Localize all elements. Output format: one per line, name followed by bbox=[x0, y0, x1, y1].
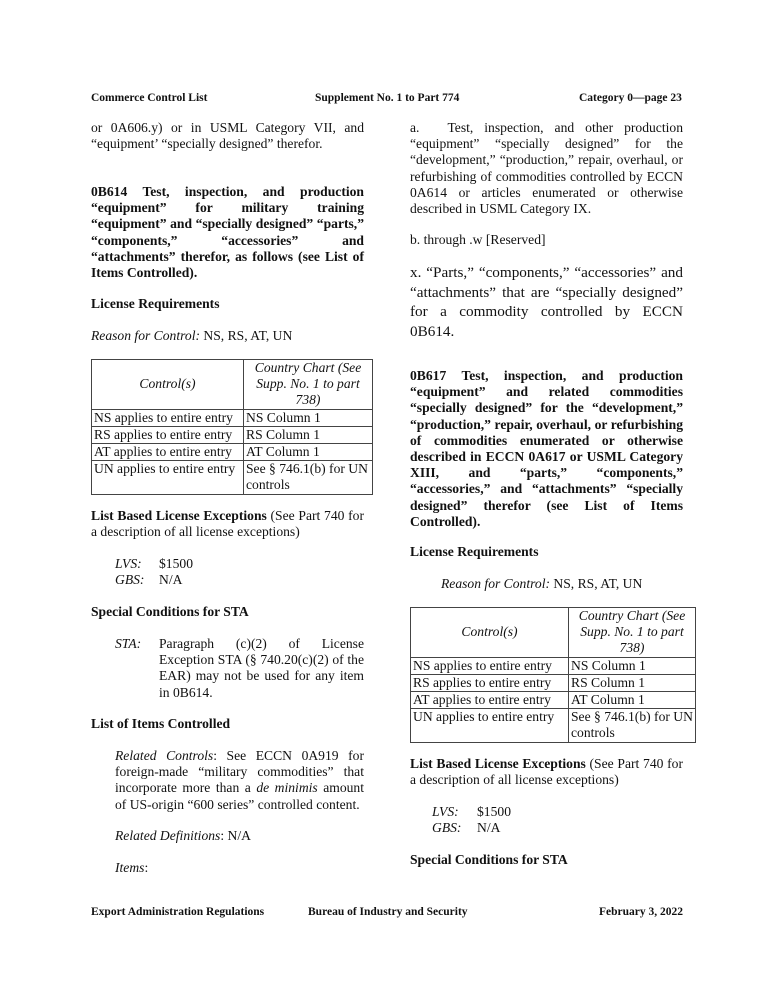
sta-heading: Special Conditions for STA bbox=[91, 604, 249, 620]
table-cell: AT applies to entire entry bbox=[411, 692, 569, 709]
footer-date: February 3, 2022 bbox=[599, 906, 683, 918]
license-exceptions-heading: List Based License Exceptions bbox=[91, 508, 267, 523]
item-a-text: Test, inspection, and other production “… bbox=[410, 120, 683, 216]
item-a-label: a. bbox=[410, 120, 419, 135]
related-definitions-label: Related Definitions bbox=[115, 828, 220, 843]
exception-value: $1500 bbox=[477, 804, 511, 819]
related-controls-label: Related Controls bbox=[115, 748, 213, 763]
table-cell: UN applies to entire entry bbox=[92, 461, 244, 494]
table-row: NS applies to entire entry NS Column 1 bbox=[92, 409, 373, 426]
table-cell: RS applies to entire entry bbox=[92, 426, 244, 443]
reason-for-control: Reason for Control: NS, RS, AT, UN bbox=[441, 576, 642, 592]
license-exceptions-paragraph: List Based License Exceptions (See Part … bbox=[410, 756, 683, 788]
related-definitions: Related Definitions: N/A bbox=[115, 828, 251, 844]
table-cell: NS Column 1 bbox=[244, 409, 373, 426]
reason-label: Reason for Control: bbox=[441, 576, 550, 591]
table-header-controls: Control(s) bbox=[92, 360, 244, 410]
exception-gbs: GBS:N/A bbox=[432, 820, 500, 836]
table-row: RS applies to entire entry RS Column 1 bbox=[92, 426, 373, 443]
table-cell: See § 746.1(b) for UN controls bbox=[569, 709, 696, 742]
exception-value: N/A bbox=[159, 572, 182, 587]
table-cell: AT Column 1 bbox=[569, 692, 696, 709]
exception-lvs: LVS:$1500 bbox=[432, 804, 511, 820]
table-cell: NS Column 1 bbox=[569, 657, 696, 674]
related-definitions-value: : N/A bbox=[220, 828, 251, 843]
license-exceptions-heading: List Based License Exceptions bbox=[410, 756, 586, 771]
footer-center: Bureau of Industry and Security bbox=[308, 906, 468, 918]
license-requirements-heading: License Requirements bbox=[91, 296, 220, 312]
license-requirements-heading: License Requirements bbox=[410, 544, 539, 560]
table-cell: NS applies to entire entry bbox=[411, 657, 569, 674]
exception-value: N/A bbox=[477, 820, 500, 835]
exception-value: $1500 bbox=[159, 556, 193, 571]
items-label-text: Items bbox=[115, 860, 144, 875]
de-minimis-emphasis: de minimis bbox=[256, 780, 317, 795]
header-left: Commerce Control List bbox=[91, 92, 207, 104]
exception-gbs: GBS:N/A bbox=[115, 572, 182, 588]
exception-key: LVS: bbox=[432, 804, 477, 820]
table-row: UN applies to entire entry See § 746.1(b… bbox=[92, 461, 373, 494]
exception-key: LVS: bbox=[115, 556, 159, 572]
related-controls: Related Controls: See ECCN 0A919 for for… bbox=[115, 748, 364, 813]
table-cell: RS Column 1 bbox=[244, 426, 373, 443]
reason-for-control: Reason for Control: NS, RS, AT, UN bbox=[91, 328, 292, 344]
table-header-country-chart: Country Chart (See Supp. No. 1 to part 7… bbox=[569, 608, 696, 658]
item-b-reserved: b. through .w [Reserved] bbox=[410, 232, 546, 248]
sta-text: Paragraph (c)(2) of License Exception ST… bbox=[159, 636, 364, 701]
table-row: NS applies to entire entry NS Column 1 bbox=[411, 657, 696, 674]
table-row: AT applies to entire entry AT Column 1 bbox=[92, 444, 373, 461]
entry-title-0b614: 0B614 Test, inspection, and production “… bbox=[91, 184, 364, 281]
control-table-0b617: Control(s) Country Chart (See Supp. No. … bbox=[410, 607, 696, 743]
items-colon: : bbox=[144, 860, 148, 875]
continuation-text: or 0A606.y) or in USML Category VII, and… bbox=[91, 120, 364, 152]
header-center: Supplement No. 1 to Part 774 bbox=[315, 92, 459, 104]
table-header-country-chart: Country Chart (See Supp. No. 1 to part 7… bbox=[244, 360, 373, 410]
reason-value: NS, RS, AT, UN bbox=[550, 576, 642, 591]
items-label: Items: bbox=[115, 860, 148, 876]
exception-key: GBS: bbox=[115, 572, 159, 588]
table-row: UN applies to entire entry See § 746.1(b… bbox=[411, 709, 696, 742]
table-header-controls: Control(s) bbox=[411, 608, 569, 658]
table-cell: UN applies to entire entry bbox=[411, 709, 569, 742]
entry-title-0b617: 0B617 Test, inspection, and production “… bbox=[410, 368, 683, 530]
sta-heading: Special Conditions for STA bbox=[410, 852, 568, 868]
footer-left: Export Administration Regulations bbox=[91, 906, 264, 918]
control-table-0b614: Control(s) Country Chart (See Supp. No. … bbox=[91, 359, 373, 495]
table-cell: See § 746.1(b) for UN controls bbox=[244, 461, 373, 494]
license-exceptions-paragraph: List Based License Exceptions (See Part … bbox=[91, 508, 364, 540]
reason-label: Reason for Control: bbox=[91, 328, 200, 343]
table-row: RS applies to entire entry RS Column 1 bbox=[411, 674, 696, 691]
reason-value: NS, RS, AT, UN bbox=[200, 328, 292, 343]
table-cell: AT Column 1 bbox=[244, 444, 373, 461]
item-a: a.Test, inspection, and other production… bbox=[410, 120, 683, 217]
header-page-number: Category 0—page 23 bbox=[579, 92, 682, 104]
table-cell: RS applies to entire entry bbox=[411, 674, 569, 691]
table-cell: NS applies to entire entry bbox=[92, 409, 244, 426]
table-row: AT applies to entire entry AT Column 1 bbox=[411, 692, 696, 709]
sta-key: STA: bbox=[115, 636, 141, 652]
list-of-items-controlled-heading: List of Items Controlled bbox=[91, 716, 230, 732]
exception-key: GBS: bbox=[432, 820, 477, 836]
table-cell: RS Column 1 bbox=[569, 674, 696, 691]
exception-lvs: LVS:$1500 bbox=[115, 556, 193, 572]
item-x: x. “Parts,” “components,” “accessories” … bbox=[410, 263, 683, 341]
table-cell: AT applies to entire entry bbox=[92, 444, 244, 461]
